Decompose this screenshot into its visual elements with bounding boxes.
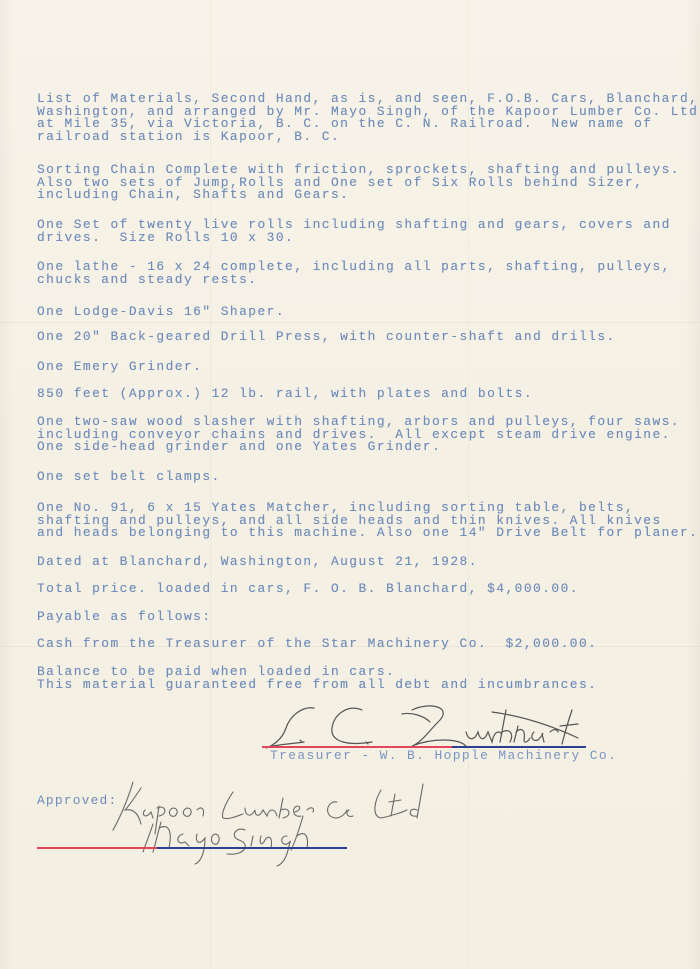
item-yates-matcher: One No. 91, 6 x 15 Yates Matcher, includ… (37, 502, 698, 540)
item-rail: 850 feet (Approx.) 12 lb. rail, with pla… (37, 388, 533, 401)
cash-payment: Cash from the Treasurer of the Star Mach… (37, 638, 597, 651)
approval-rule-red (37, 847, 157, 849)
item-drill-press: One 20" Back-geared Drill Press, with co… (37, 331, 616, 344)
approval-rule-blue (157, 847, 347, 849)
treasurer-signature (262, 702, 592, 752)
item-belt-clamps: One set belt clamps. (37, 471, 221, 484)
item-emery-grinder: One Emery Grinder. (37, 361, 202, 374)
total-price: Total price. loaded in cars, F. O. B. Bl… (37, 583, 579, 596)
item-live-rolls: One Set of twenty live rolls including s… (37, 219, 671, 244)
balance-and-guarantee: Balance to be paid when loaded in cars. … (37, 666, 597, 691)
item-lathe: One lathe - 16 x 24 complete, including … (37, 261, 671, 286)
item-wood-slasher: One two-saw wood slasher with shafting, … (37, 416, 680, 454)
item-sorting-chain: Sorting Chain Complete with friction, sp… (37, 164, 680, 202)
intro-paragraph: List of Materials, Second Hand, as is, a… (37, 93, 700, 143)
payable-heading: Payable as follows: (37, 611, 212, 624)
treasurer-caption: Treasurer - W. B. Hopple Machinery Co. (270, 748, 617, 763)
paper-fold (0, 322, 700, 323)
approval-signature (105, 776, 465, 866)
item-shaper: One Lodge-Davis 16" Shaper. (37, 306, 285, 319)
dated-line: Dated at Blanchard, Washington, August 2… (37, 556, 478, 569)
paper-crease (468, 0, 469, 969)
